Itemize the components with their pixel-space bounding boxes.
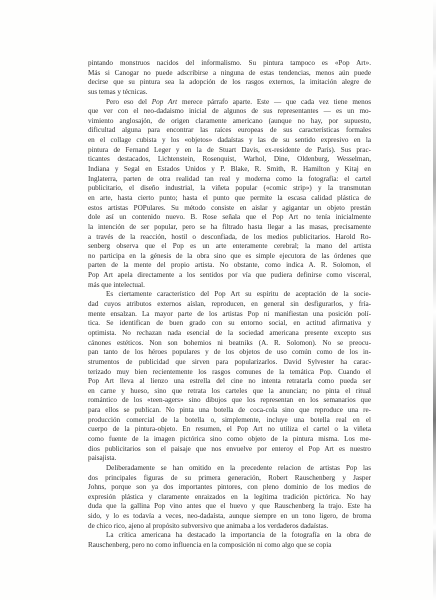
paragraph: Es ciertamente característico del Pop Ar…	[88, 290, 371, 464]
text-line: en el collage cubista y los «objetos» da…	[88, 136, 371, 146]
text-line: más que intelectual.	[88, 281, 371, 291]
text-line: optimista. No rechazan nada esencial de …	[88, 329, 371, 339]
text-line: romántico de los «teen-agers» sino dibuj…	[88, 396, 371, 406]
text-line: de chico rico, ajeno al propósito subver…	[88, 522, 371, 532]
text-line: como fuente de la imagen pictórica sino …	[88, 435, 371, 445]
text-line: expresión plástica y claramente enraizad…	[88, 493, 371, 503]
text-line: Más si Canogar no puede adscribirse a ni…	[88, 69, 371, 79]
text-line: strumentos de publicidad que sirven para…	[88, 358, 371, 368]
text-line: sido, y lo es todavía a veces, neo-dadaí…	[88, 512, 371, 522]
text-line: Indiana y Segal en Estados Unidos y P. B…	[88, 165, 371, 175]
text-line: la intención de ser popular, pero se ha …	[88, 223, 371, 233]
text-line: Rauschenberg, pero no como influencia en…	[88, 541, 371, 551]
paragraph: La crítica americana ha destacado la imp…	[88, 531, 371, 550]
text-line: pintando monstruos nacidos del informali…	[88, 59, 371, 69]
scanned-page: pintando monstruos nacidos del informali…	[0, 0, 436, 600]
text-line: paisajista.	[88, 454, 371, 464]
text-line: mente ensalzan. La mayor parte de los ar…	[88, 310, 371, 320]
text-line: sus temas y técnicas.	[88, 88, 371, 98]
text-line: senberg observa que el Pop es un arte en…	[88, 242, 371, 252]
text-line: Es ciertamente característico del Pop Ar…	[88, 290, 371, 300]
paragraph: Deliberadamente se han omitido en la pre…	[88, 464, 371, 531]
text-line: que ver con el neo-dadaismo inicial de a…	[88, 107, 371, 117]
text-line: a través de la reacción, hostil o descon…	[88, 233, 371, 243]
text-line: producción comercial de la botella o, si…	[88, 416, 371, 426]
text-line: cánones estéticos. Non son bohemios ni b…	[88, 339, 371, 349]
text-line: Pero eso del Pop Art merece párrafo apar…	[88, 98, 371, 108]
text-line: publicitario, el diseño industrial, la v…	[88, 184, 371, 194]
text-line: no participa en la génesis de la obra si…	[88, 252, 371, 262]
text-line: vimiento anglosajón, de origen clarament…	[88, 117, 371, 127]
text-line: cuerpo de la pintura-objeto. En resumen,…	[88, 425, 371, 435]
body-text: pintando monstruos nacidos del informali…	[88, 59, 371, 551]
text-line: ticantes destacados, Lichtenstein, Rosen…	[88, 155, 371, 165]
text-line: Johns, porque son ya dos importantes pin…	[88, 483, 371, 493]
text-line: Pop Art apela directamente a los sentido…	[88, 271, 371, 281]
italic-term: Pop Art	[152, 98, 177, 106]
text-line: parten de la mente del propio artista. N…	[88, 261, 371, 271]
text-line: terizado muy bien recientemente los rasg…	[88, 368, 371, 378]
text-line: tica. Se identifican de buen grado con s…	[88, 319, 371, 329]
text-line: dad cuyos atributos externos aíslan, rep…	[88, 300, 371, 310]
text-line: pintura de Fernand Leger y en la de Stua…	[88, 146, 371, 156]
text-line: dios publicitarios son el paisaje que no…	[88, 445, 371, 455]
text-line: para ellos se publican. No pinta una bot…	[88, 406, 371, 416]
text-line: estos artistas POPulares. Su método cons…	[88, 204, 371, 214]
text-line: en carne y hueso, sino que retrata los c…	[88, 387, 371, 397]
text-line: Inglaterra, parten de otra realidad tan …	[88, 175, 371, 185]
text-line: decirse que su pintura sea la adopción d…	[88, 78, 371, 88]
text-line: Deliberadamente se han omitido en la pre…	[88, 464, 371, 474]
text-line: duda que la gallina Pop vino antes que e…	[88, 502, 371, 512]
text-line: en arte, hasta cierto punto; hasta el pu…	[88, 194, 371, 204]
text-line: pan tanto de los héroes populares y de l…	[88, 348, 371, 358]
text-line: dole así un contenido nuevo. B. Rose señ…	[88, 213, 371, 223]
paragraph: Pero eso del Pop Art merece párrafo apar…	[88, 98, 371, 291]
paragraph: pintando monstruos nacidos del informali…	[88, 59, 371, 98]
text-line: La crítica americana ha destacado la imp…	[88, 531, 371, 541]
text-line: Pop Art lleva al lienzo una estrella del…	[88, 377, 371, 387]
text-line: dos principales figuras de su primera ge…	[88, 474, 371, 484]
text-line: dificultad alguna para encontrar las raí…	[88, 126, 371, 136]
